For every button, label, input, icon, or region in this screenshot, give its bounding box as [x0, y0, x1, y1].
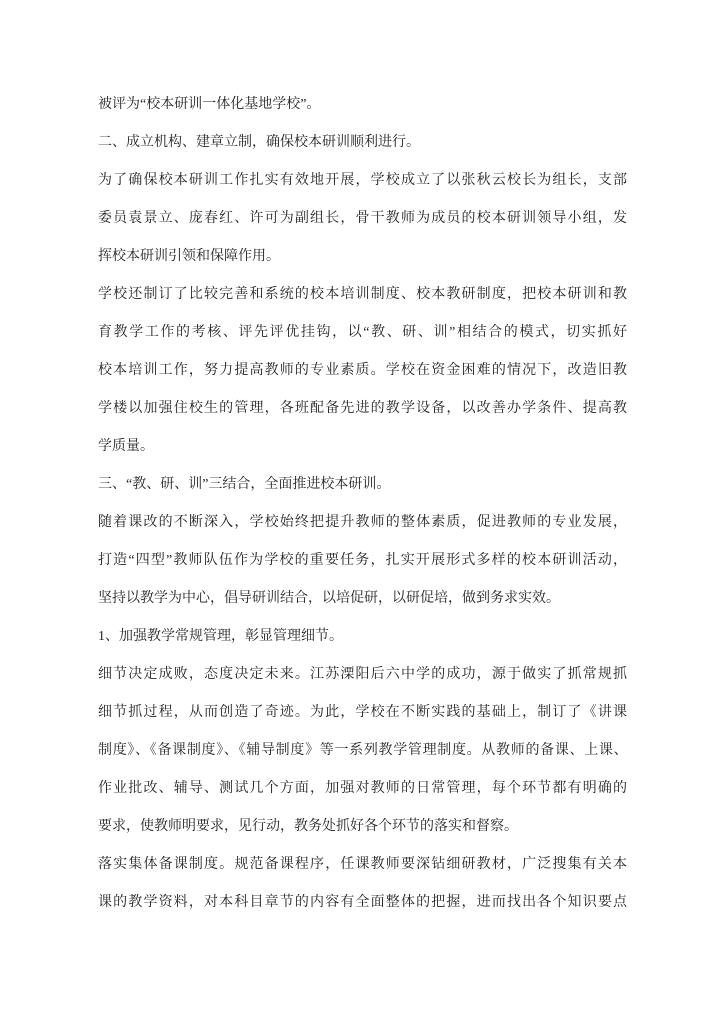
text-line: 挥校本研训引领和保障作用。 [98, 238, 627, 276]
text-line: 细节决定成败，态度决定未来。江苏溧阳后六中学的成功，源于做实了抓常规抓 [98, 656, 627, 694]
text-line: 学楼以加强住校生的管理，各班配备先进的教学设备，以改善办学条件、提高教 [98, 390, 627, 428]
text-line: 委员袁景立、庞春红、许可为副组长，骨干教师为成员的校本研训领导小组，发 [98, 200, 627, 238]
text-line: 随着课改的不断深入，学校始终把提升教师的整体素质，促进教师的专业发展， [98, 504, 627, 542]
section-heading-line: 二、成立机构、建章立制，确保校本研训顺利进行。 [98, 124, 627, 162]
text-line: 为了确保校本研训工作扎实有效地开展，学校成立了以张秋云校长为组长，支部 [98, 162, 627, 200]
section-heading-line: 三、“教、研、训”三结合，全面推进校本研训。 [98, 466, 627, 504]
text-line: 制度》、《备课制度》、《辅导制度》等一系列教学管理制度。从教师的备课、上课、 [98, 732, 627, 770]
text-line: 学校还制订了比较完善和系统的校本培训制度、校本教研制度，把校本研训和教 [98, 276, 627, 314]
text-line: 学质量。 [98, 428, 627, 466]
text-line: 要求，使教师明要求，见行动，教务处抓好各个环节的落实和督察。 [98, 808, 627, 846]
text-line: 校本培训工作，努力提高教师的专业素质。学校在资金困难的情况下，改造旧教 [98, 352, 627, 390]
text-line: 落实集体备课制度。规范备课程序，任课教师要深钻细研教材，广泛搜集有关本 [98, 846, 627, 884]
text-line: 被评为“校本研训一体化基地学校”。 [98, 86, 627, 124]
document-page: 被评为“校本研训一体化基地学校”。 二、成立机构、建章立制，确保校本研训顺利进行… [0, 0, 721, 1020]
text-line: 育教学工作的考核、评先评优挂钩，以“教、研、训”相结合的模式，切实抓好 [98, 314, 627, 352]
text-line: 打造“四型”教师队伍作为学校的重要任务，扎实开展形式多样的校本研训活动， [98, 542, 627, 580]
text-line: 细节抓过程，从而创造了奇迹。为此，学校在不断实践的基础上，制订了《讲课 [98, 694, 627, 732]
document-text-block: 被评为“校本研训一体化基地学校”。 二、成立机构、建章立制，确保校本研训顺利进行… [98, 86, 627, 922]
subsection-heading-line: 1、加强教学常规管理，彰显管理细节。 [98, 618, 627, 656]
text-line: 坚持以教学为中心，倡导研训结合，以培促研，以研促培，做到务求实效。 [98, 580, 627, 618]
text-line: 作业批改、辅导、测试几个方面，加强对教师的日常管理，每个环节都有明确的 [98, 770, 627, 808]
text-line: 课的教学资料，对本科目章节的内容有全面整体的把握，进而找出各个知识要点 [98, 884, 627, 922]
